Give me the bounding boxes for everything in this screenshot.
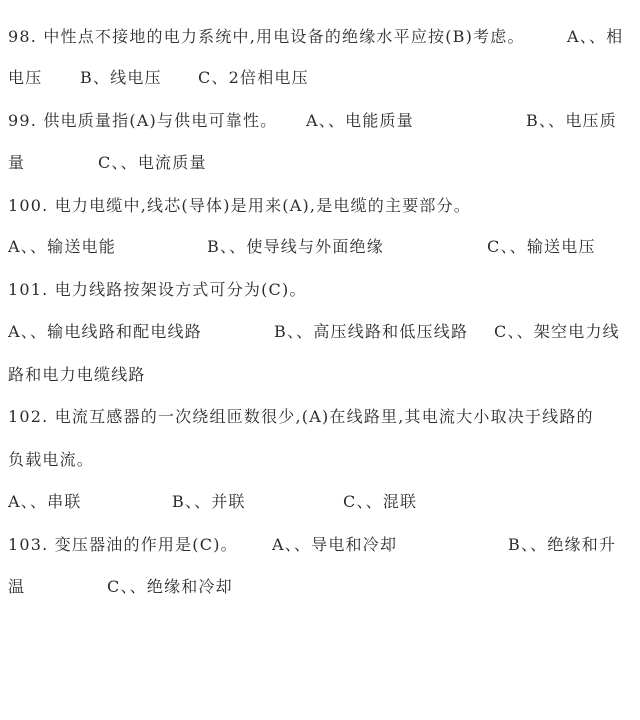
q98-option-a-end: 电压 <box>8 66 42 90</box>
q103-option-a: A、、导电和冷却 <box>272 533 397 557</box>
q102-line-3: A、、串联 B、、并联 C、、混联 <box>0 490 640 514</box>
q103-option-b-start: B、、绝缘和升 <box>508 533 616 557</box>
q102-option-c: C、、混联 <box>343 490 417 514</box>
q101-option-b: B、、高压线路和低压线路 <box>274 320 468 344</box>
q98-option-a-start: A、、相 <box>567 25 623 49</box>
q101-option-c-start: C、、架空电力线 <box>494 320 620 344</box>
q102-option-b: B、、并联 <box>172 490 246 514</box>
q102-line-2: 负载电流。 <box>0 448 640 472</box>
q102-line-1: 102. 电流互感器的一次绕组匝数很少,(A)在线路里,其电流大小取决于线路的 <box>0 405 640 429</box>
q103-option-c: C、、绝缘和冷却 <box>107 575 233 599</box>
q101-stem: 101. 电力线路按架设方式可分为(C)。 <box>8 278 307 302</box>
q98-line-2: 电压 B、线电压 C、2倍相电压 <box>0 66 640 90</box>
q103-option-b-end: 温 <box>8 575 25 599</box>
q99-option-c: C、、电流质量 <box>98 151 207 175</box>
q100-option-a: A、、输送电能 <box>8 235 116 259</box>
q101-line-3: 路和电力电缆线路 <box>0 363 640 387</box>
q103-stem: 103. 变压器油的作用是(C)。 <box>8 533 238 557</box>
q101-option-a: A、、输电线路和配电线路 <box>8 320 202 344</box>
q99-line-2: 量 C、、电流质量 <box>0 151 640 175</box>
q100-line-1: 100. 电力电缆中,线芯(导体)是用来(A),是电缆的主要部分。 <box>0 194 640 218</box>
q99-line-1: 99. 供电质量指(A)与供电可靠性。 A、、电能质量 B、、电压质 <box>0 109 640 133</box>
q100-option-b: B、、使导线与外面绝缘 <box>207 235 384 259</box>
q101-option-c-end: 路和电力电缆线路 <box>8 363 146 387</box>
q102-stem-start: 102. 电流互感器的一次绕组匝数很少,(A)在线路里,其电流大小取决于线路的 <box>8 405 594 429</box>
q98-option-c: C、2倍相电压 <box>198 66 309 90</box>
q98-option-b: B、线电压 <box>80 66 162 90</box>
q98-line-1: 98. 中性点不接地的电力系统中,用电设备的绝缘水平应按(B)考虑。 A、、相 <box>0 25 640 49</box>
q103-line-2: 温 C、、绝缘和冷却 <box>0 575 640 599</box>
q99-stem: 99. 供电质量指(A)与供电可靠性。 <box>8 109 277 133</box>
q99-option-b-end: 量 <box>8 151 25 175</box>
q102-option-a: A、、串联 <box>8 490 82 514</box>
q99-option-a: A、、电能质量 <box>306 109 414 133</box>
q101-line-1: 101. 电力线路按架设方式可分为(C)。 <box>0 278 640 302</box>
q100-line-2: A、、输送电能 B、、使导线与外面绝缘 C、、输送电压 <box>0 235 640 259</box>
q98-stem: 98. 中性点不接地的电力系统中,用电设备的绝缘水平应按(B)考虑。 <box>8 25 525 49</box>
q100-stem: 100. 电力电缆中,线芯(导体)是用来(A),是电缆的主要部分。 <box>8 194 471 218</box>
q103-line-1: 103. 变压器油的作用是(C)。 A、、导电和冷却 B、、绝缘和升 <box>0 533 640 557</box>
q101-line-2: A、、输电线路和配电线路 B、、高压线路和低压线路 C、、架空电力线 <box>0 320 640 344</box>
q99-option-b-start: B、、电压质 <box>526 109 617 133</box>
q102-stem-end: 负载电流。 <box>8 448 94 472</box>
q100-option-c: C、、输送电压 <box>487 235 596 259</box>
